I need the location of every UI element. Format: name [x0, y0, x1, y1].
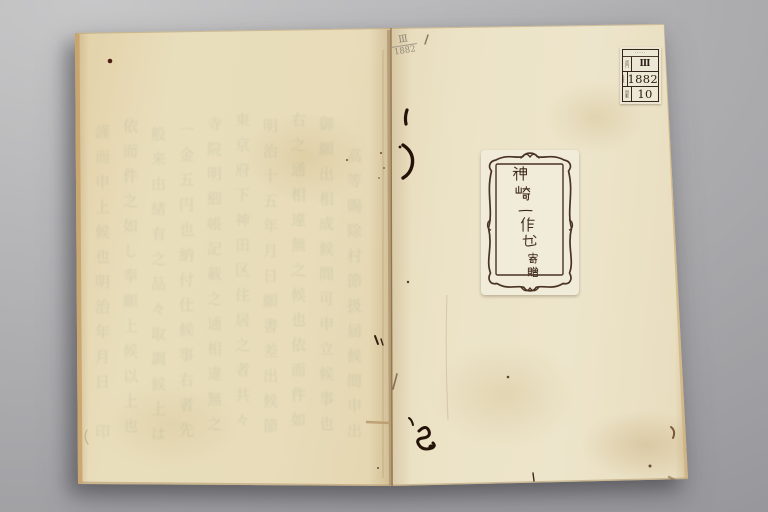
library-catalog-label: ····· 部門 Ⅲ 番號 1882 冊數 10	[620, 47, 661, 104]
worm-track	[671, 427, 674, 438]
small-damage-and-specks	[68, 35, 684, 485]
pencil-slash	[425, 35, 428, 44]
ink-mark-stroke	[405, 110, 407, 124]
donation-bookplate: 神崎一作氏寄贈	[481, 150, 579, 295]
photo-backdrop: 高等賜除村節扱届候間申出御願出相成候間可申立候事也右之通相違無之候也依而件如明治…	[0, 0, 768, 512]
wormhole	[108, 59, 113, 64]
book: 高等賜除村節扱届候間申出御願出相成候間可申立候事也右之通相違無之候也依而件如明治…	[0, 0, 768, 512]
gutter-fold	[366, 28, 448, 486]
ink-marks	[375, 110, 434, 450]
bookplate-glyph-5	[521, 233, 538, 250]
open-book: 高等賜除村節扱届候間申出御願出相成候間可申立候事也右之通相違無之候也依而件如明治…	[0, 0, 768, 512]
library-label-header: ·····	[623, 50, 658, 57]
bookplate-glyph-6	[527, 252, 539, 264]
row-value-section: Ⅲ	[632, 57, 658, 71]
page-edges	[75, 24, 688, 486]
ink-mark-hook	[403, 145, 413, 178]
library-label-row: 部門 Ⅲ	[623, 57, 658, 72]
row-label: 冊數	[623, 87, 632, 101]
bookplate-glyph-2	[514, 185, 531, 202]
row-value-volumes: 10	[632, 87, 658, 101]
row-label: 部門	[623, 57, 632, 71]
bookplate-glyph-1	[512, 165, 529, 182]
binding-stitch	[366, 422, 391, 423]
library-label-row: 冊數 10	[623, 87, 658, 101]
row-value-number: 1882	[628, 72, 658, 86]
library-label-row: 番號 1882	[623, 72, 658, 87]
bookplate-glyph-7	[527, 266, 539, 278]
bookplate-glyph-4	[519, 216, 536, 233]
library-label-table: ····· 部門 Ⅲ 番號 1882 冊數 10	[622, 49, 659, 102]
